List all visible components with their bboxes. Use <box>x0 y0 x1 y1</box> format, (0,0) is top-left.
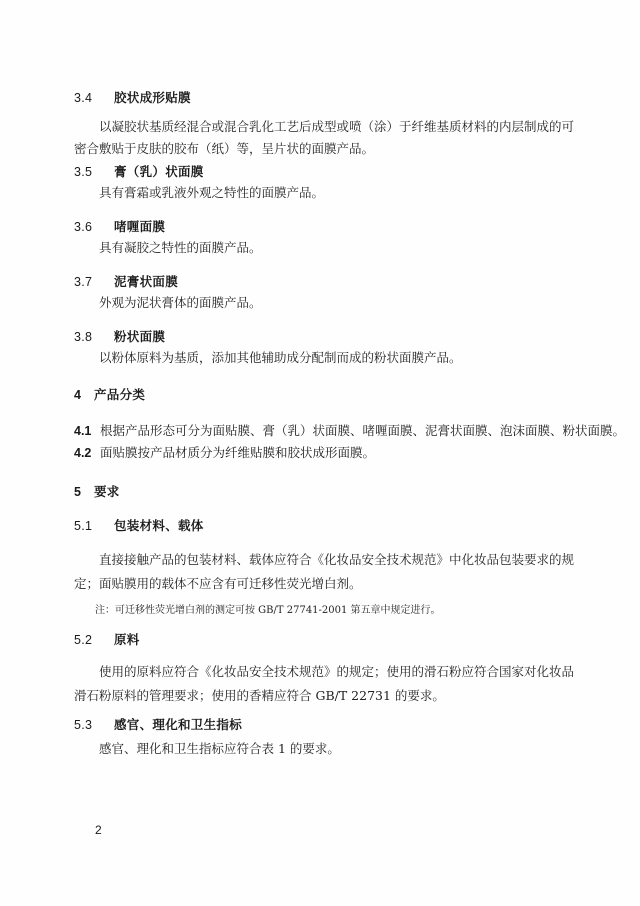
section-body-5-2: 使用的原料应符合《化妆品安全技术规范》的规定；使用的滑石粉应符合国家对化妆品滑石… <box>74 660 574 708</box>
item-number: 4.2 <box>74 446 100 460</box>
paragraph-text: 感官、理化和卫生指标应符合表 1 的要求。 <box>99 741 340 756</box>
section-title: 原料 <box>114 632 140 647</box>
paragraph-text: 以凝胶状基质经混合或混合乳化工艺后成型或喷（涂）于纤维基质材料的内层制成的可密合… <box>74 119 574 156</box>
section-number: 3.8 <box>74 330 114 344</box>
chapter-title: 要求 <box>94 484 120 499</box>
section-title: 膏（乳）状面膜 <box>114 164 204 179</box>
paragraph-text: 具有凝胶之特性的面膜产品。 <box>99 240 262 255</box>
paragraph-text: 使用的原料应符合《化妆品安全技术规范》的规定；使用的滑石粉应符合国家对化妆品滑石… <box>74 664 574 703</box>
section-title: 包装材料、载体 <box>114 518 204 533</box>
section-heading-3-8: 3.8粉状面膜 <box>74 327 574 345</box>
item-text: 根据产品形态可分为面贴膜、膏（乳）状面膜、啫喱面膜、泥膏状面膜、泡沫面膜、粉状面… <box>100 423 625 438</box>
section-body-3-4: 以凝胶状基质经混合或混合乳化工艺后成型或喷（涂）于纤维基质材料的内层制成的可密合… <box>74 116 574 160</box>
section-heading-3-6: 3.6啫喱面膜 <box>74 217 574 235</box>
list-item-4-2: 4.2面贴膜按产品材质分为纤维贴膜和胶状成形面膜。 <box>74 442 574 461</box>
paragraph-text: 以粉体原料为基质，添加其他辅助成分配制而成的粉状面膜产品。 <box>99 350 462 365</box>
chapter-title: 产品分类 <box>94 387 145 402</box>
item-text: 面贴膜按产品材质分为纤维贴膜和胶状成形面膜。 <box>100 445 375 460</box>
page-number: 2 <box>95 823 102 837</box>
section-heading-3-4: 3.4胶状成形贴膜 <box>74 88 574 106</box>
section-number: 3.4 <box>74 91 114 105</box>
section-heading-5-1: 5.1包装材料、载体 <box>74 516 574 534</box>
section-heading-5-3: 5.3感官、理化和卫生指标 <box>74 715 574 733</box>
section-body-3-8: 以粉体原料为基质，添加其他辅助成分配制而成的粉状面膜产品。 <box>74 347 574 369</box>
section-title: 泥膏状面膜 <box>114 274 178 289</box>
section-number: 3.7 <box>74 275 114 289</box>
section-number: 5.1 <box>74 519 114 533</box>
paragraph-text: 直接接触产品的包装材料、载体应符合《化妆品安全技术规范》中化妆品包装要求的规定；… <box>74 552 574 591</box>
paragraph-text: 具有膏霜或乳液外观之特性的面膜产品。 <box>99 185 324 200</box>
chapter-heading-5: 5要求 <box>74 482 574 500</box>
section-title: 粉状面膜 <box>114 329 165 344</box>
document-page: 3.4胶状成形贴膜 以凝胶状基质经混合或混合乳化工艺后成型或喷（涂）于纤维基质材… <box>0 0 640 906</box>
section-body-3-7: 外观为泥状膏体的面膜产品。 <box>74 292 574 314</box>
section-body-5-3: 感官、理化和卫生指标应符合表 1 的要求。 <box>74 738 574 760</box>
section-heading-5-2: 5.2原料 <box>74 630 574 648</box>
note-5-1: 注：可迁移性荧光增白剂的测定可按 GB/T 27741-2001 第五章中规定进… <box>95 601 595 616</box>
section-body-3-5: 具有膏霜或乳液外观之特性的面膜产品。 <box>74 182 574 204</box>
list-item-4-1: 4.1根据产品形态可分为面贴膜、膏（乳）状面膜、啫喱面膜、泥膏状面膜、泡沫面膜、… <box>74 420 594 439</box>
chapter-number: 4 <box>74 388 94 402</box>
section-number: 3.6 <box>74 220 114 234</box>
section-number: 5.3 <box>74 718 114 732</box>
section-heading-3-5: 3.5膏（乳）状面膜 <box>74 162 574 180</box>
section-body-3-6: 具有凝胶之特性的面膜产品。 <box>74 237 574 259</box>
section-number: 3.5 <box>74 165 114 179</box>
section-number: 5.2 <box>74 633 114 647</box>
paragraph-text: 外观为泥状膏体的面膜产品。 <box>99 295 262 310</box>
chapter-number: 5 <box>74 485 94 499</box>
section-heading-3-7: 3.7泥膏状面膜 <box>74 272 574 290</box>
section-title: 感官、理化和卫生指标 <box>114 717 242 732</box>
section-title: 啫喱面膜 <box>114 219 165 234</box>
item-number: 4.1 <box>74 424 100 438</box>
section-body-5-1: 直接接触产品的包装材料、载体应符合《化妆品安全技术规范》中化妆品包装要求的规定；… <box>74 548 574 596</box>
section-title: 胶状成形贴膜 <box>114 90 191 105</box>
chapter-heading-4: 4产品分类 <box>74 385 574 403</box>
